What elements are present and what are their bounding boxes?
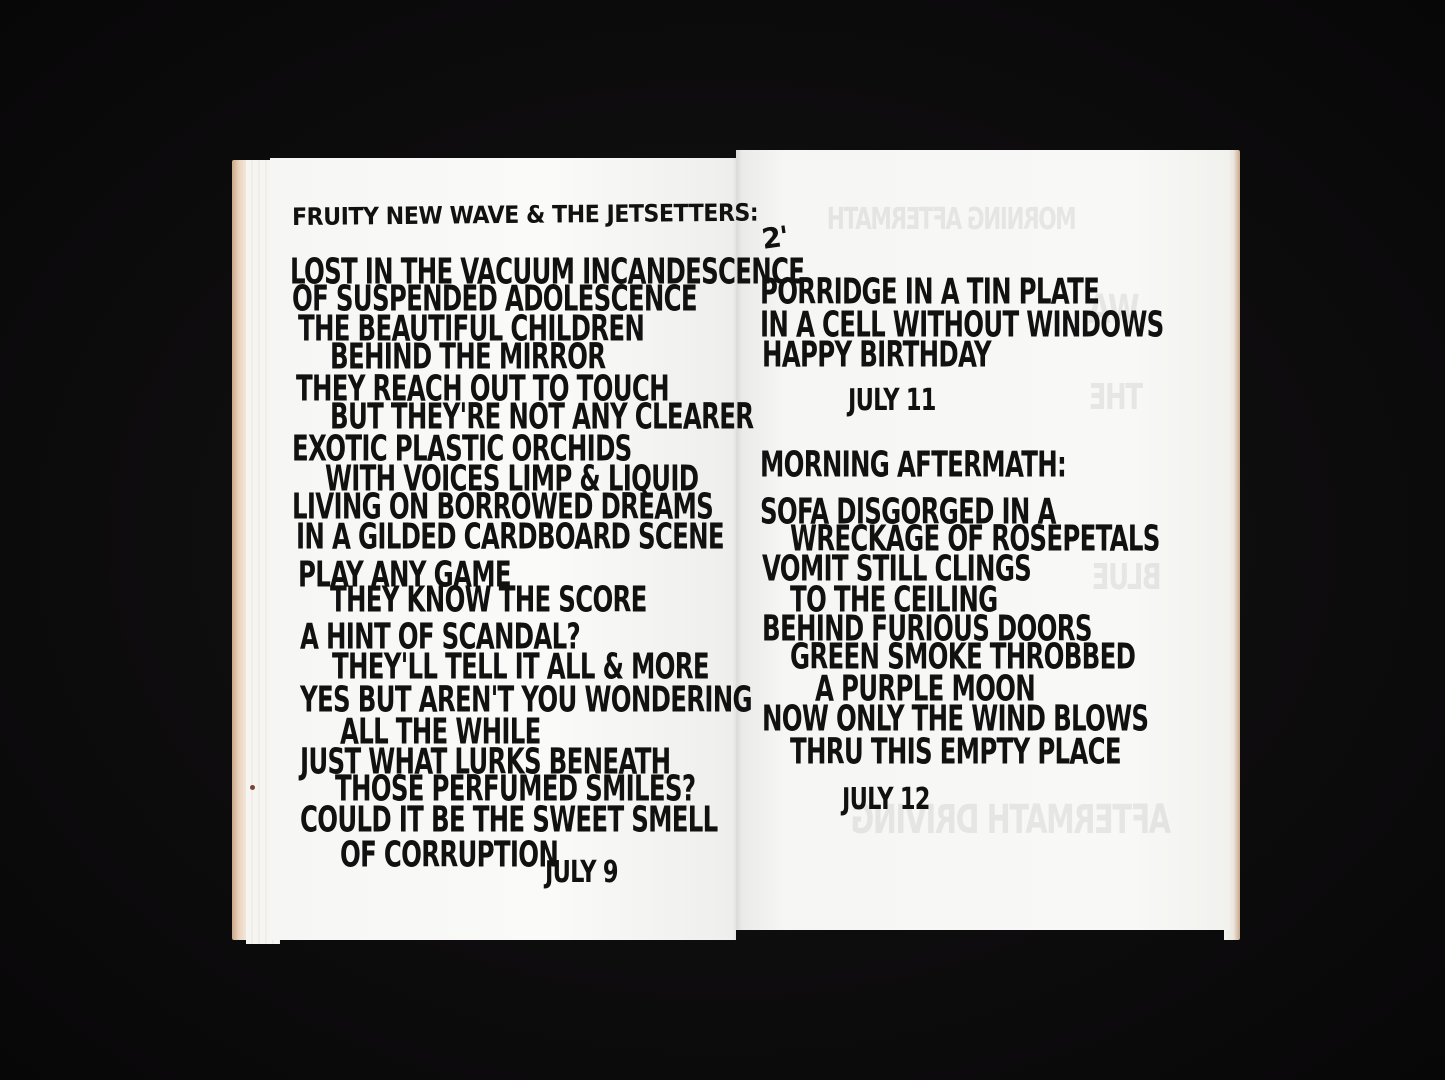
poem-line: of corruption: [340, 837, 558, 873]
poem-date: July 11: [848, 386, 936, 416]
ink-dot: [250, 785, 255, 790]
poem-title: Morning Aftermath:: [760, 447, 1066, 483]
poem-date: July 9: [545, 858, 618, 888]
poem-date: July 12: [842, 785, 930, 815]
poem-line: thru this empty place: [790, 734, 1121, 770]
poem-line: Could it be the sweet smell: [300, 802, 718, 838]
bleed-through: THE: [1090, 380, 1143, 416]
bleed-through: Morning Aftermath: [828, 205, 1076, 235]
section-mark: 2': [760, 223, 790, 254]
poem-line: they know the score: [330, 582, 647, 618]
poem-line: Happy birthday: [762, 337, 991, 373]
poem-line: in a gilded cardboard scene: [296, 519, 724, 555]
open-book: Morning Aftermath WA THE BLUE AFTERMATH …: [0, 0, 1445, 1080]
poem-title: Fruity New Wave & The Jetsetters:: [292, 201, 758, 229]
bleed-through: BLUE: [1093, 560, 1161, 596]
